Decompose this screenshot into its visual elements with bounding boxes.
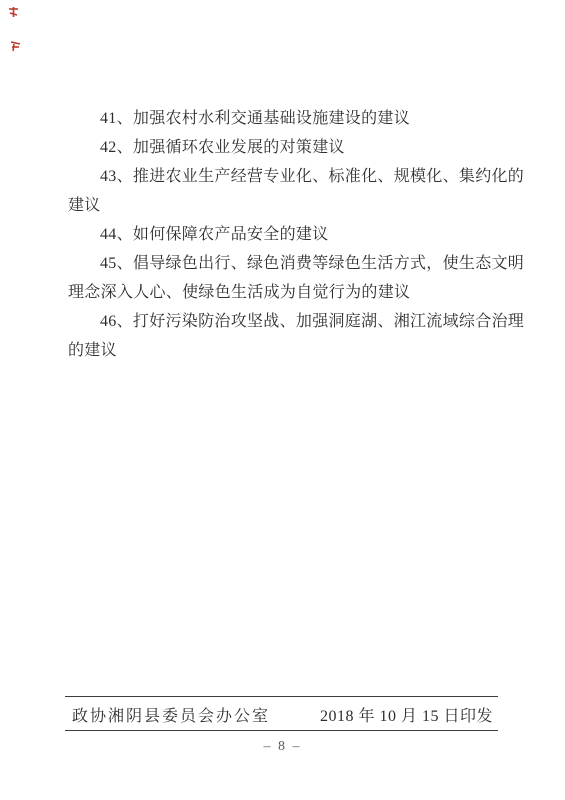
red-stamp-mark — [7, 6, 20, 19]
text-line: 44、如何保障农产品安全的建议 — [68, 220, 500, 249]
text-line: 理念深入人心、使绿色生活成为自觉行为的建议 — [68, 278, 500, 307]
text-line: 的建议 — [68, 336, 500, 365]
footer-print-date: 2018 年 10 月 15 日印发 — [320, 703, 498, 726]
text-line: 建议 — [68, 191, 500, 220]
red-stamp-mark — [9, 40, 22, 53]
page-number: – 8 – — [0, 739, 565, 755]
text-line: 42、加强循环农业发展的对策建议 — [68, 133, 500, 162]
footer-issuer: 政协湘阴县委员会办公室 — [65, 703, 270, 726]
text-line: 41、加强农村水利交通基础设施建设的建议 — [68, 104, 500, 133]
footer-row: 政协湘阴县委员会办公室 2018 年 10 月 15 日印发 — [65, 701, 498, 727]
document-page: 41、加强农村水利交通基础设施建设的建议42、加强循环农业发展的对策建议43、推… — [0, 0, 565, 800]
text-line: 43、推进农业生产经营专业化、标准化、规模化、集约化的 — [68, 162, 500, 191]
footer-rule-bottom — [65, 730, 498, 731]
text-line: 45、倡导绿色出行、绿色消费等绿色生活方式，使生态文明 — [68, 249, 500, 278]
content-lines: 41、加强农村水利交通基础设施建设的建议42、加强循环农业发展的对策建议43、推… — [68, 104, 500, 365]
footer-rule-top — [65, 696, 498, 697]
text-line: 46、打好污染防治攻坚战、加强洞庭湖、湘江流域综合治理 — [68, 307, 500, 336]
